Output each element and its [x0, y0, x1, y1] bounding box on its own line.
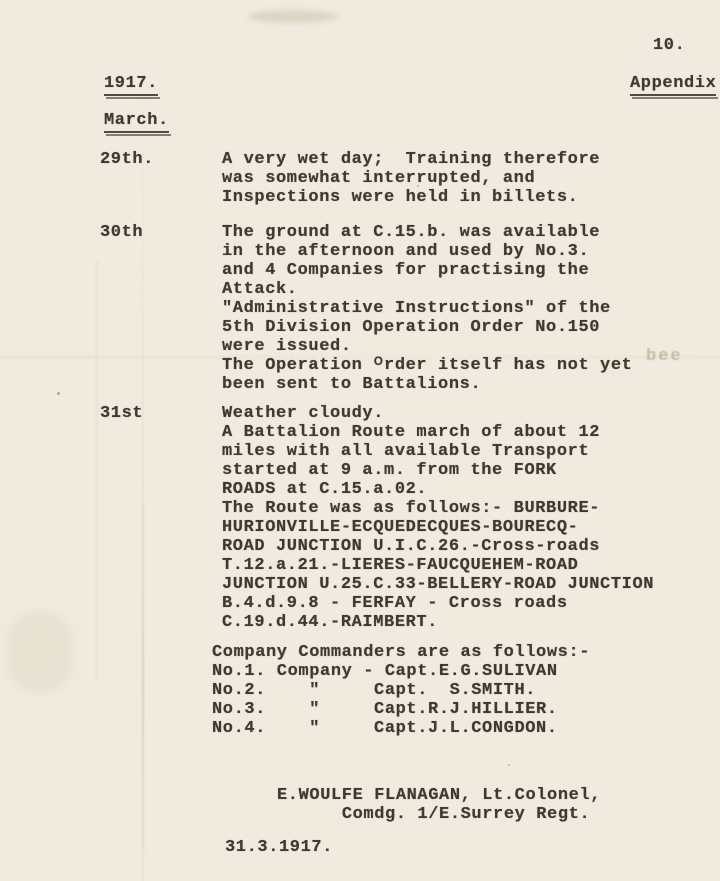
entry-text: A very wet day; Training therefore was s… [222, 150, 692, 207]
company-commanders-list: Company Commanders are as follows:- No.1… [212, 643, 692, 738]
paper-speck [57, 392, 60, 395]
scanned-war-diary-page: 10. 1917. Appendix March. 29th. A very w… [0, 0, 720, 881]
signature-date: 31.3.1917. [225, 838, 333, 857]
entry-date: 31st [100, 404, 143, 423]
paper-crease-vertical-faint [96, 260, 98, 680]
paper-speck [508, 764, 510, 766]
appendix-label: Appendix [630, 74, 716, 96]
year-heading: 1917. [104, 74, 158, 96]
entry-date: 30th [100, 223, 143, 242]
entry-text: Weather cloudy. A Battalion Route march … [222, 404, 692, 632]
signature-block: E.WOULFE FLANAGAN, Lt.Colonel, Comdg. 1/… [277, 786, 697, 824]
page-number: 10. [653, 36, 685, 55]
entry-text: The ground at C.15.b. was available in t… [222, 223, 692, 394]
ghost-bleedthrough-text: bee [646, 347, 683, 366]
month-heading: March. [104, 111, 169, 133]
paper-smudge [8, 612, 72, 692]
entry-date: 29th. [100, 150, 154, 169]
paper-smudge [248, 10, 338, 23]
